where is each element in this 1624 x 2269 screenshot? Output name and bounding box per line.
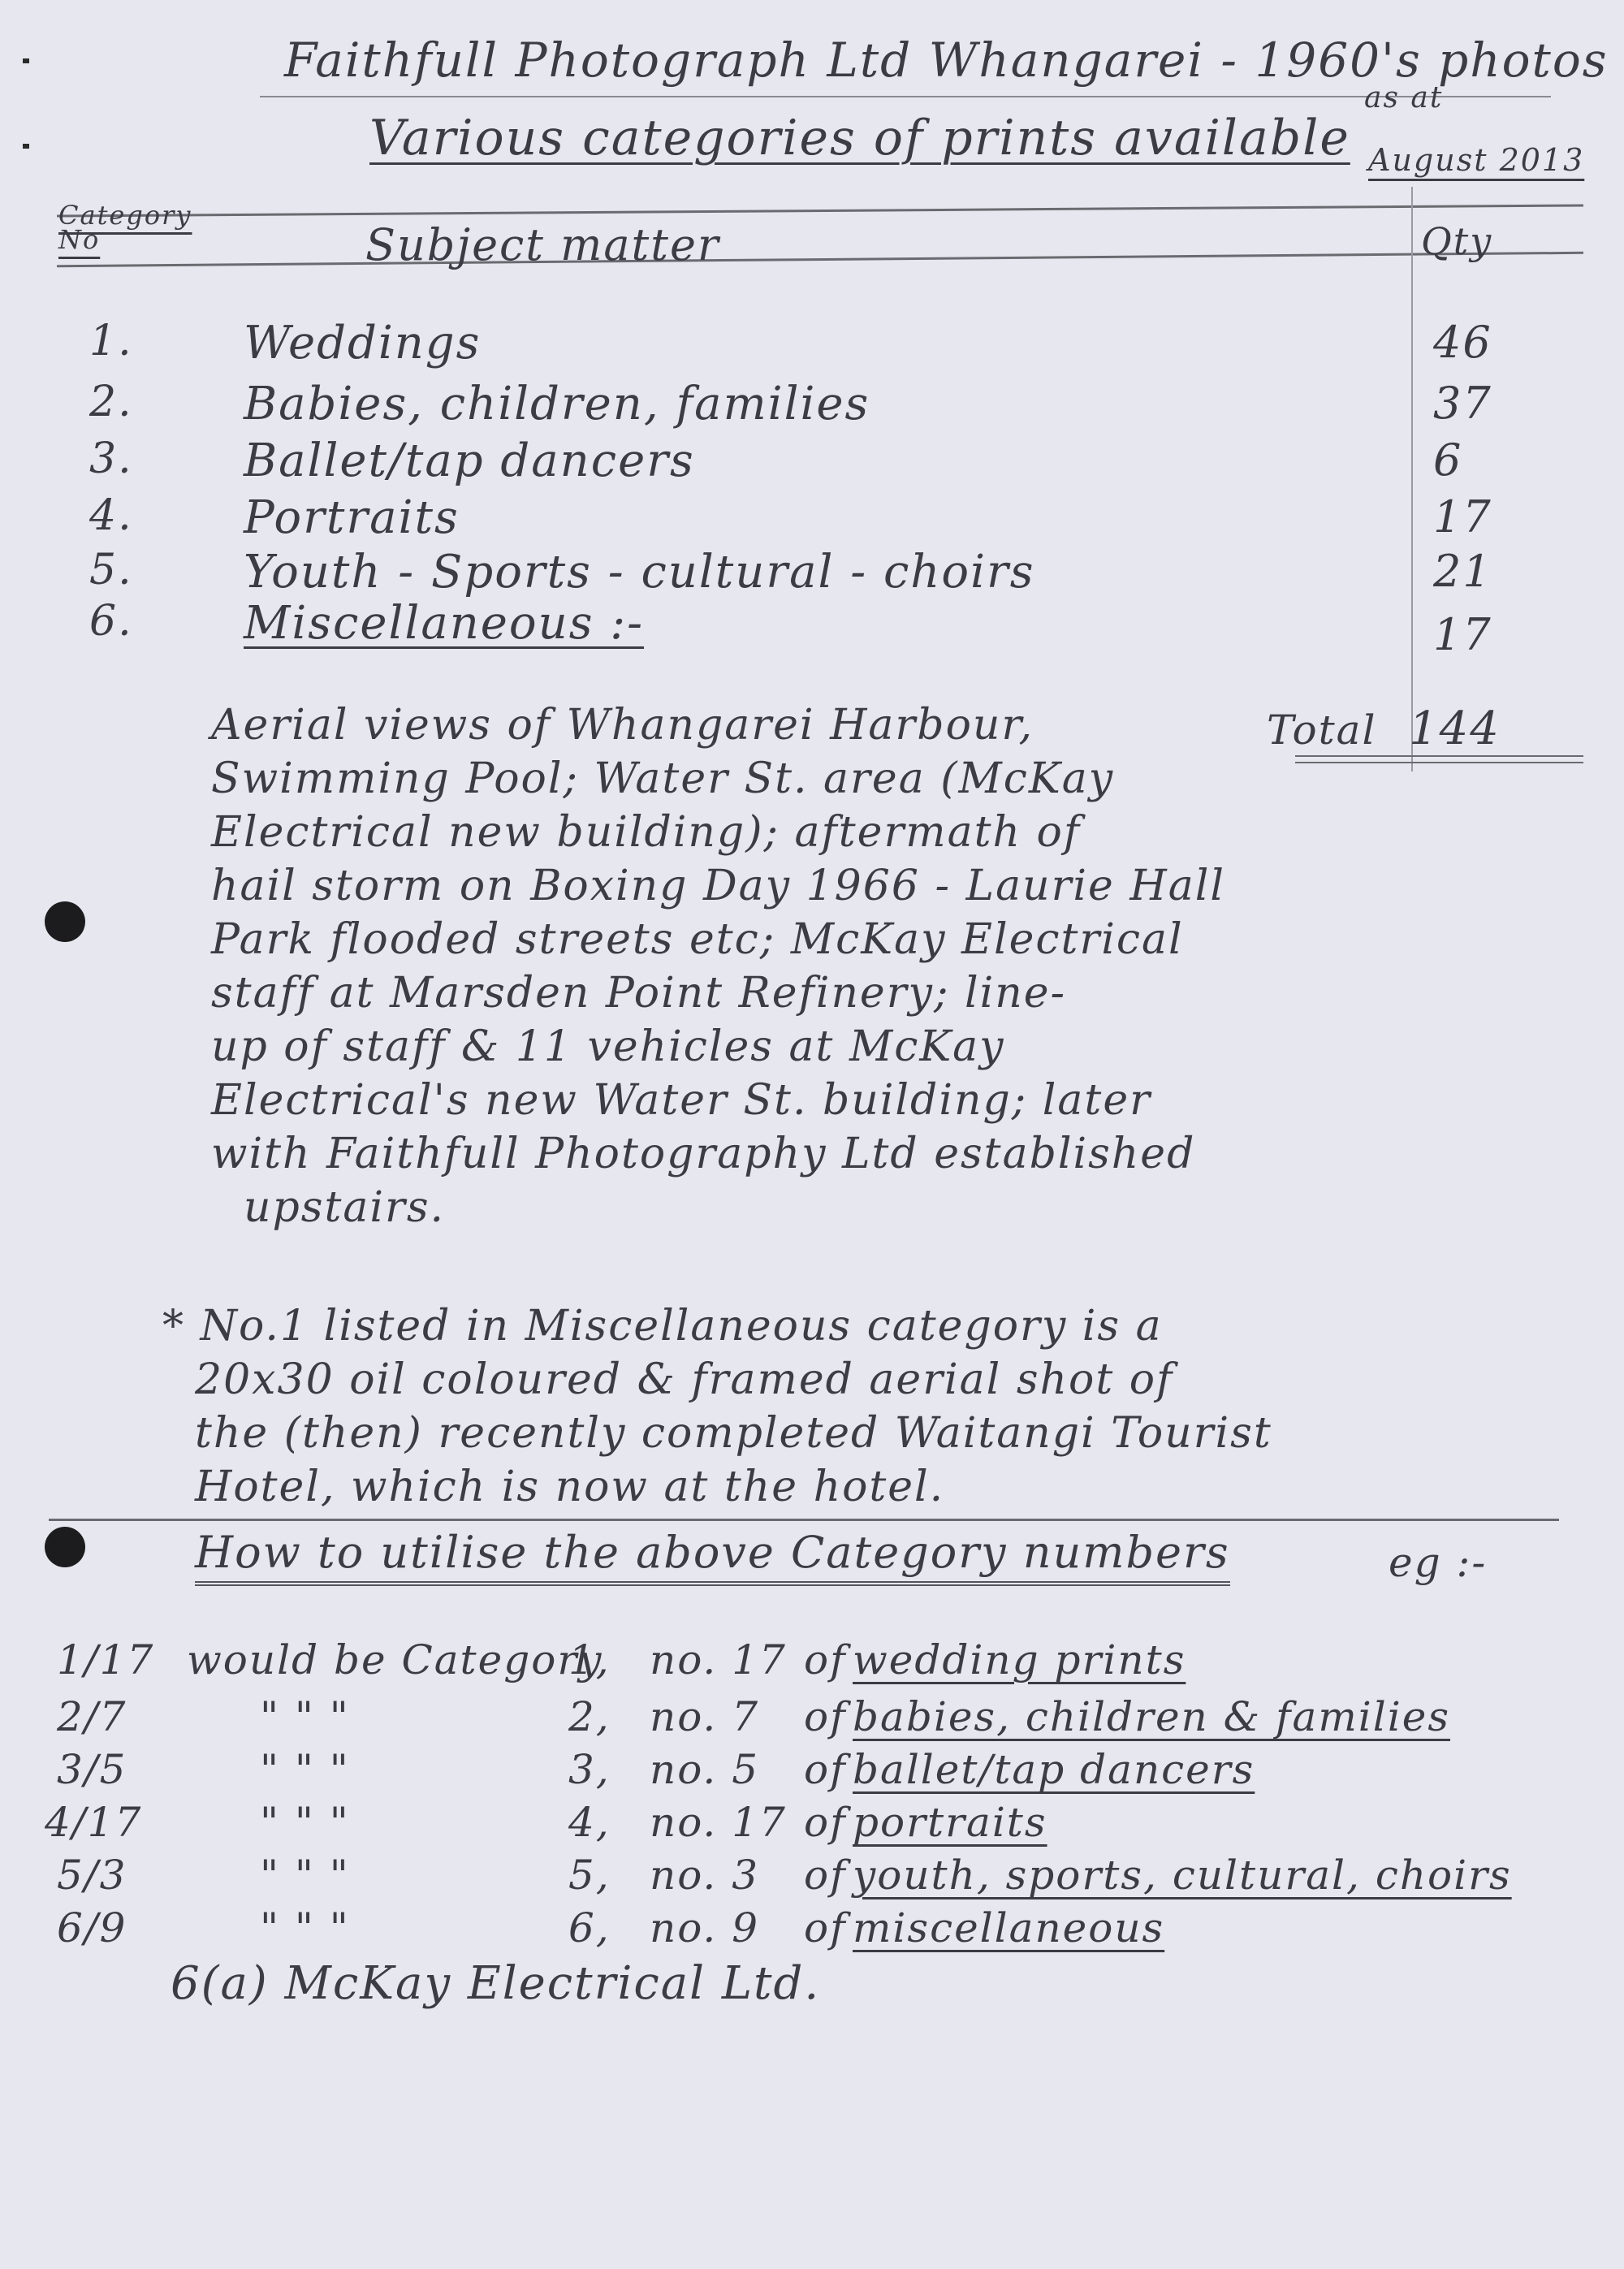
example-category: 1, xyxy=(568,1636,611,1683)
example-prefix: " " " xyxy=(260,1799,350,1846)
example-of: of xyxy=(804,1904,847,1951)
example-number: no. 17 xyxy=(650,1636,787,1683)
category-subject: Ballet/tap dancers xyxy=(244,434,695,487)
category-row: 4. Portraits 17 xyxy=(0,491,1624,548)
title-underline xyxy=(260,96,1551,97)
example-of: of xyxy=(804,1636,847,1683)
header-bottom-rule xyxy=(57,252,1583,267)
punch-hole xyxy=(45,901,85,942)
description-line: staff at Marsden Point Refinery; line- xyxy=(211,966,1429,1020)
category-qty: 6 xyxy=(1433,434,1462,486)
category-number: 4. xyxy=(89,491,133,540)
category-qty: 17 xyxy=(1433,491,1492,542)
example-row: 2/7 " " " 2, no. 7 of babies, children &… xyxy=(0,1693,1624,1742)
description-line: Aerial views of Whangarei Harbour, xyxy=(211,698,1429,752)
category-row: 6. Miscellaneous :- 17 xyxy=(0,597,1624,654)
example-category: 5, xyxy=(568,1852,611,1899)
example-prefix: " " " xyxy=(260,1746,350,1793)
example-category: 3, xyxy=(568,1746,611,1793)
example-of: of xyxy=(804,1746,847,1793)
description-line: hail storm on Boxing Day 1966 - Laurie H… xyxy=(211,859,1429,913)
example-code: 4/17 xyxy=(45,1799,142,1846)
usage-heading: How to utilise the above Category number… xyxy=(195,1527,1230,1586)
description-line: Electrical new building); aftermath of xyxy=(211,806,1429,859)
example-prefix: " " " xyxy=(260,1852,350,1899)
binder-mark xyxy=(23,144,29,149)
document-subtitle: Various categories of prints available xyxy=(369,110,1350,166)
subtitle-text: Various categories of prints available xyxy=(369,110,1350,166)
category-subject: Youth - Sports - cultural - choirs xyxy=(244,546,1035,599)
punch-hole xyxy=(45,1527,85,1567)
miscellaneous-description: Aerial views of Whangarei Harbour, Swimm… xyxy=(211,698,1429,1234)
example-category: 4, xyxy=(568,1799,611,1846)
usage-eg: eg :- xyxy=(1389,1539,1487,1586)
example-row: 3/5 " " " 3, no. 5 of ballet/tap dancers xyxy=(0,1746,1624,1795)
example-row: 4/17 " " " 4, no. 17 of portraits xyxy=(0,1799,1624,1848)
footer-entry: 6(a) McKay Electrical Ltd. xyxy=(171,1957,820,2010)
example-number: no. 3 xyxy=(650,1852,759,1899)
note-line: * No.1 listed in Miscellaneous category … xyxy=(162,1299,1462,1353)
example-row: 5/3 " " " 5, no. 3 of youth, sports, cul… xyxy=(0,1852,1624,1900)
category-qty: 21 xyxy=(1433,546,1492,597)
category-number: 2. xyxy=(89,378,133,426)
header-category: Category No xyxy=(58,203,132,252)
header-subject: Subject matter xyxy=(365,219,720,270)
category-subject: Portraits xyxy=(244,491,460,544)
example-code: 1/17 xyxy=(57,1636,154,1683)
example-prefix: " " " xyxy=(260,1904,350,1951)
header-qty: Qty xyxy=(1421,219,1492,263)
category-subject: Miscellaneous :- xyxy=(244,597,644,650)
example-prefix: would be Category xyxy=(187,1636,603,1683)
as-at-label: as at xyxy=(1364,81,1443,115)
note-line: Hotel, which is now at the hotel. xyxy=(162,1460,1462,1514)
example-of: of xyxy=(804,1852,847,1899)
description-line: Electrical's new Water St. building; lat… xyxy=(211,1074,1429,1127)
note-line: 20x30 oil coloured & framed aerial shot … xyxy=(162,1353,1462,1407)
category-number: 3. xyxy=(89,434,133,483)
example-number: no. 5 xyxy=(650,1746,759,1793)
description-line: up of staff & 11 vehicles at McKay xyxy=(211,1020,1429,1074)
example-of: of xyxy=(804,1693,847,1740)
example-prefix: " " " xyxy=(260,1693,350,1740)
category-number: 5. xyxy=(89,546,133,594)
document-title: Faithfull Photograph Ltd Whangarei - 196… xyxy=(284,32,1609,88)
description-line: upstairs. xyxy=(211,1181,1429,1234)
category-subject: Babies, children, families xyxy=(244,378,870,430)
section-divider xyxy=(49,1519,1559,1521)
example-subject: portraits xyxy=(853,1799,1047,1846)
category-row: 3. Ballet/tap dancers 6 xyxy=(0,434,1624,491)
example-subject: miscellaneous xyxy=(853,1904,1164,1951)
example-category: 6, xyxy=(568,1904,611,1951)
note-line: the (then) recently completed Waitangi T… xyxy=(162,1407,1462,1460)
example-subject: ballet/tap dancers xyxy=(853,1746,1255,1793)
example-subject: wedding prints xyxy=(853,1636,1186,1683)
example-code: 5/3 xyxy=(57,1852,127,1899)
description-line: with Faithfull Photography Ltd establish… xyxy=(211,1127,1429,1181)
example-of: of xyxy=(804,1799,847,1846)
example-row: 6/9 " " " 6, no. 9 of miscellaneous xyxy=(0,1904,1624,1953)
example-row: 1/17 would be Category 1, no. 17 of wedd… xyxy=(0,1636,1624,1685)
category-subject: Weddings xyxy=(244,317,481,370)
example-number: no. 7 xyxy=(650,1693,759,1740)
example-number: no. 17 xyxy=(650,1799,787,1846)
example-subject: youth, sports, cultural, choirs xyxy=(853,1852,1512,1899)
category-qty: 46 xyxy=(1433,317,1492,368)
category-row: 1. Weddings 46 xyxy=(0,317,1624,374)
category-number: 1. xyxy=(89,317,133,365)
example-category: 2, xyxy=(568,1693,611,1740)
description-line: Park flooded streets etc; McKay Electric… xyxy=(211,913,1429,966)
category-number: 6. xyxy=(89,597,133,646)
document-date: August 2013 xyxy=(1368,142,1584,178)
example-number: no. 9 xyxy=(650,1904,759,1951)
binder-mark xyxy=(23,58,29,63)
example-subject: babies, children & families xyxy=(853,1693,1450,1740)
header-top-rule xyxy=(57,204,1583,217)
description-line: Swimming Pool; Water St. area (McKay xyxy=(211,752,1429,806)
category-qty: 17 xyxy=(1433,609,1492,660)
category-row: 5. Youth - Sports - cultural - choirs 21 xyxy=(0,546,1624,603)
category-row: 2. Babies, children, families 37 xyxy=(0,378,1624,434)
category-qty: 37 xyxy=(1433,378,1492,429)
example-code: 2/7 xyxy=(57,1693,127,1740)
example-code: 6/9 xyxy=(57,1904,127,1951)
example-code: 3/5 xyxy=(57,1746,127,1793)
footnote: * No.1 listed in Miscellaneous category … xyxy=(162,1299,1462,1514)
